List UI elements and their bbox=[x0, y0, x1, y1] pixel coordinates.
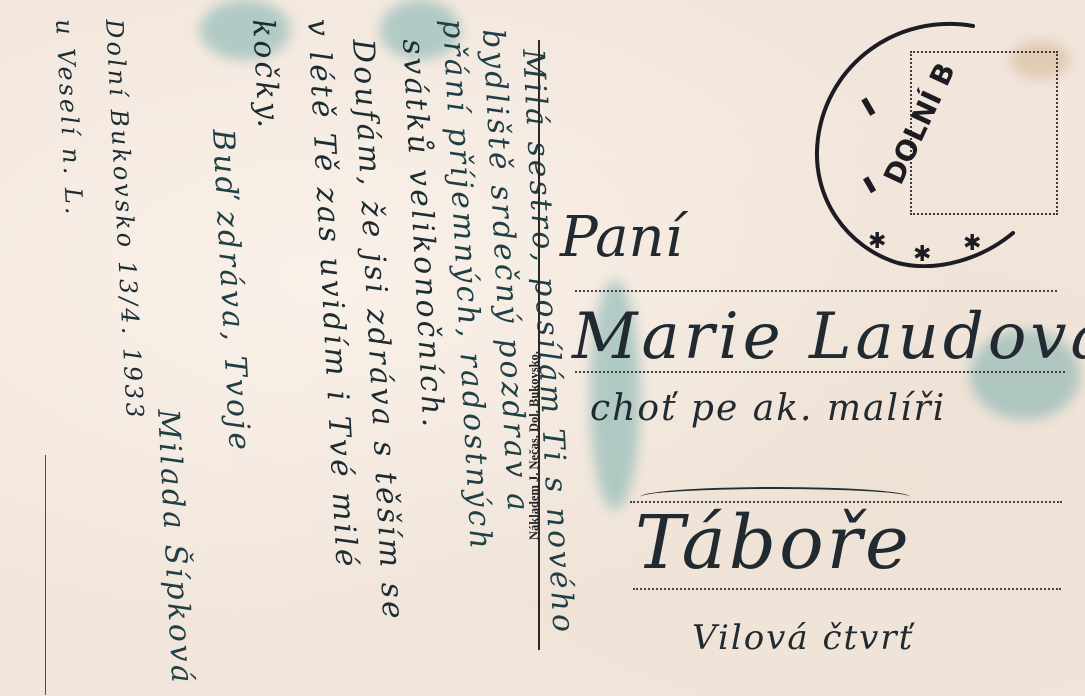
svg-text:✱: ✱ bbox=[868, 229, 886, 254]
postcard-back: Milá sestro, posílám Ti s nového bydlišt… bbox=[0, 0, 1085, 696]
address-line-4 bbox=[633, 588, 1061, 590]
publisher-imprint: Nákladem J. Nečas, Dol. Bukovsko. bbox=[527, 351, 542, 540]
address-city: Táboře bbox=[635, 500, 912, 586]
signature-underline bbox=[45, 455, 46, 695]
center-divider bbox=[538, 40, 540, 650]
city-flourish bbox=[640, 487, 910, 507]
postmark: DOLNÍ B ✱ ✱ ✱ bbox=[808, 18, 1038, 268]
svg-text:✱: ✱ bbox=[913, 242, 931, 267]
place-region: u Veselí n. L. bbox=[50, 19, 88, 218]
address-line-title: choť pe ak. malíři bbox=[590, 388, 946, 429]
postmark-icon: DOLNÍ B ✱ ✱ ✱ bbox=[808, 18, 1038, 268]
address-street: Vilová čtvrť bbox=[692, 618, 914, 658]
postmark-text: DOLNÍ B bbox=[876, 57, 962, 189]
date-place: Dolní Bukovsko 13/4. 1933 bbox=[100, 19, 149, 422]
address-line-1 bbox=[575, 290, 1057, 292]
message-closing: Buď zdráva, Tvoje bbox=[205, 128, 257, 454]
address-salutation: Paní bbox=[560, 205, 683, 270]
svg-text:✱: ✱ bbox=[963, 231, 981, 256]
message-area: Milá sestro, posílám Ti s nového bydlišt… bbox=[0, 0, 540, 696]
message-line-7: kočky. bbox=[245, 18, 286, 131]
address-name: Marie Laudová bbox=[572, 300, 1085, 374]
signature: Milada Šípková bbox=[150, 408, 199, 686]
